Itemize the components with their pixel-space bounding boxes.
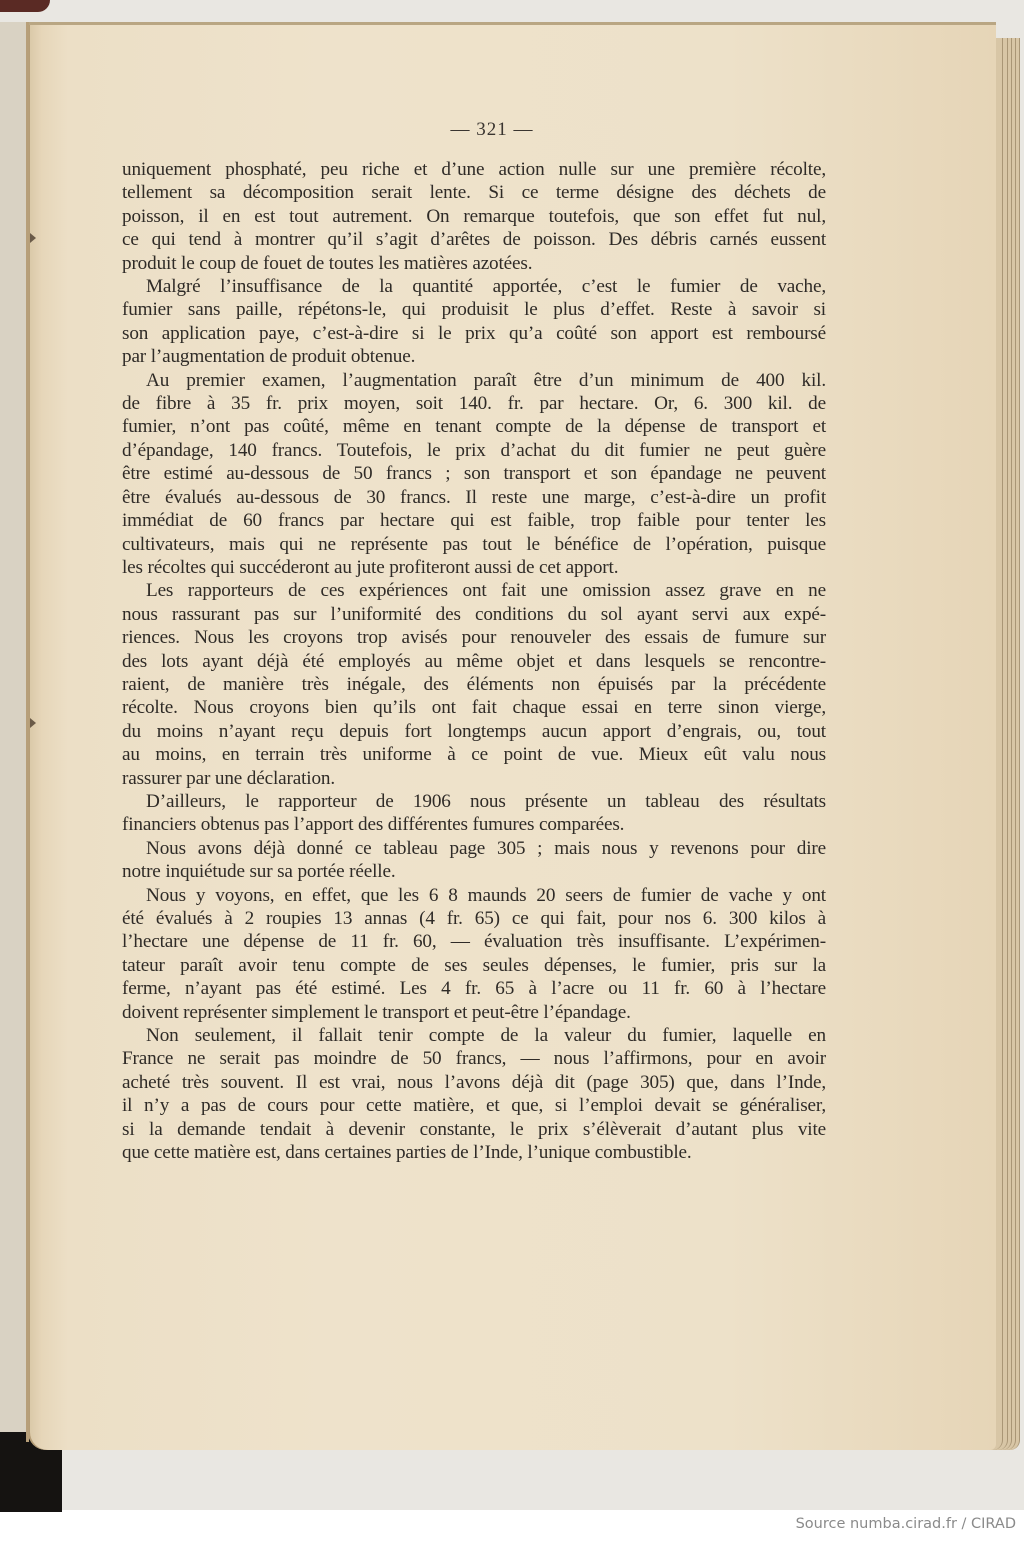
text-line: financiers obtenus pas l’apport des diff… bbox=[122, 813, 826, 836]
text-line: acheté très souvent. Il est vrai, nous l… bbox=[122, 1071, 826, 1094]
page-gutter bbox=[26, 22, 29, 1442]
text-line: notre inquiétude sur sa portée réelle. bbox=[122, 860, 826, 883]
text-line: rassurer par une déclaration. bbox=[122, 767, 826, 790]
text-line: immédiat de 60 francs par hectare qui es… bbox=[122, 509, 826, 532]
text-line: des lots ayant déjà été employés au même… bbox=[122, 650, 826, 673]
paragraph: Nous avons déjà donné ce tableau page 30… bbox=[122, 837, 826, 884]
text-line: être évalués au-dessous de 30 francs. Il… bbox=[122, 486, 826, 509]
scan-background: — 321 — uniquement phosphaté, peu riche … bbox=[0, 0, 1024, 1510]
text-line: Nous y voyons, en effet, que les 6 8 mau… bbox=[122, 884, 826, 907]
paragraph: Au premier examen, l’augmentation paraît… bbox=[122, 369, 826, 580]
facing-page-edge bbox=[0, 22, 28, 1442]
text-line: que cette matière est, dans certaines pa… bbox=[122, 1141, 826, 1164]
text-line: l’hectare une dépense de 11 fr. 60, — év… bbox=[122, 930, 826, 953]
paragraph: Malgré l’insuffisance de la quantité app… bbox=[122, 275, 826, 369]
page-number: — 321 — bbox=[28, 119, 956, 141]
text-line: produit le coup de fouet de toutes les m… bbox=[122, 252, 826, 275]
margin-arrow-icon bbox=[30, 718, 36, 728]
book-page: — 321 — uniquement phosphaté, peu riche … bbox=[28, 22, 996, 1450]
paragraph: uniquement phosphaté, peu riche et d’une… bbox=[122, 158, 826, 275]
text-line: tateur paraît avoir tenu compte de ses s… bbox=[122, 954, 826, 977]
text-line: si la demande tendait à devenir constant… bbox=[122, 1118, 826, 1141]
text-line: uniquement phosphaté, peu riche et d’une… bbox=[122, 158, 826, 181]
text-line: Au premier examen, l’augmentation paraît… bbox=[122, 369, 826, 392]
text-line: il n’y a pas de cours pour cette matière… bbox=[122, 1094, 826, 1117]
source-caption: Source numba.cirad.fr / CIRAD bbox=[796, 1516, 1016, 1532]
text-line: son application paye, c’est-à-dire si le… bbox=[122, 322, 826, 345]
paragraph: Les rapporteurs de ces expériences ont f… bbox=[122, 579, 826, 790]
text-line: ferme, n’ayant pas été estimé. Les 4 fr.… bbox=[122, 977, 826, 1000]
paragraph: D’ailleurs, le rapporteur de 1906 nous p… bbox=[122, 790, 826, 837]
text-line: du moins n’ayant reçu depuis fort longte… bbox=[122, 720, 826, 743]
text-line: fumier sans paille, répétons-le, qui pro… bbox=[122, 298, 826, 321]
text-line: tellement sa décomposition serait lente.… bbox=[122, 181, 826, 204]
paragraph: Non seulement, il fallait tenir compte d… bbox=[122, 1024, 826, 1164]
text-line: nous rassurant pas sur l’uniformité des … bbox=[122, 603, 826, 626]
text-line: raient, de manière très inégale, des élé… bbox=[122, 673, 826, 696]
text-line: fumier, n’ont pas coûté, même en tenant … bbox=[122, 415, 826, 438]
text-line: France ne serait pas moindre de 50 franc… bbox=[122, 1047, 826, 1070]
text-line: les récoltes qui succéderont au jute pro… bbox=[122, 556, 826, 579]
text-line: été évalués à 2 roupies 13 annas (4 fr. … bbox=[122, 907, 826, 930]
text-line: poisson, il en est tout autrement. On re… bbox=[122, 205, 826, 228]
text-line: riences. Nous les croyons trop avisés po… bbox=[122, 626, 826, 649]
body-text: uniquement phosphaté, peu riche et d’une… bbox=[122, 158, 826, 1164]
text-line: par l’augmentation de produit obtenue. bbox=[122, 345, 826, 368]
text-line: doivent représenter simplement le transp… bbox=[122, 1001, 826, 1024]
text-line: cultivateurs, mais qui ne représente pas… bbox=[122, 533, 826, 556]
text-line: Malgré l’insuffisance de la quantité app… bbox=[122, 275, 826, 298]
text-line: Les rapporteurs de ces expériences ont f… bbox=[122, 579, 826, 602]
text-line: de fibre à 35 fr. prix moyen, soit 140. … bbox=[122, 392, 826, 415]
text-line: récolte. Nous croyons bien qu’ils ont fa… bbox=[122, 696, 826, 719]
text-line: D’ailleurs, le rapporteur de 1906 nous p… bbox=[122, 790, 826, 813]
text-line: ce qui tend à montrer qu’il s’agit d’arê… bbox=[122, 228, 826, 251]
text-line: Nous avons déjà donné ce tableau page 30… bbox=[122, 837, 826, 860]
book-binding-top bbox=[0, 0, 50, 12]
text-line: au moins, en terrain très uniforme à ce … bbox=[122, 743, 826, 766]
text-line: d’épandage, 140 francs. Toutefois, le pr… bbox=[122, 439, 826, 462]
text-line: être estimé au-dessous de 50 francs ; so… bbox=[122, 462, 826, 485]
text-line: Non seulement, il fallait tenir compte d… bbox=[122, 1024, 826, 1047]
paragraph: Nous y voyons, en effet, que les 6 8 mau… bbox=[122, 884, 826, 1024]
margin-arrow-icon bbox=[30, 233, 36, 243]
